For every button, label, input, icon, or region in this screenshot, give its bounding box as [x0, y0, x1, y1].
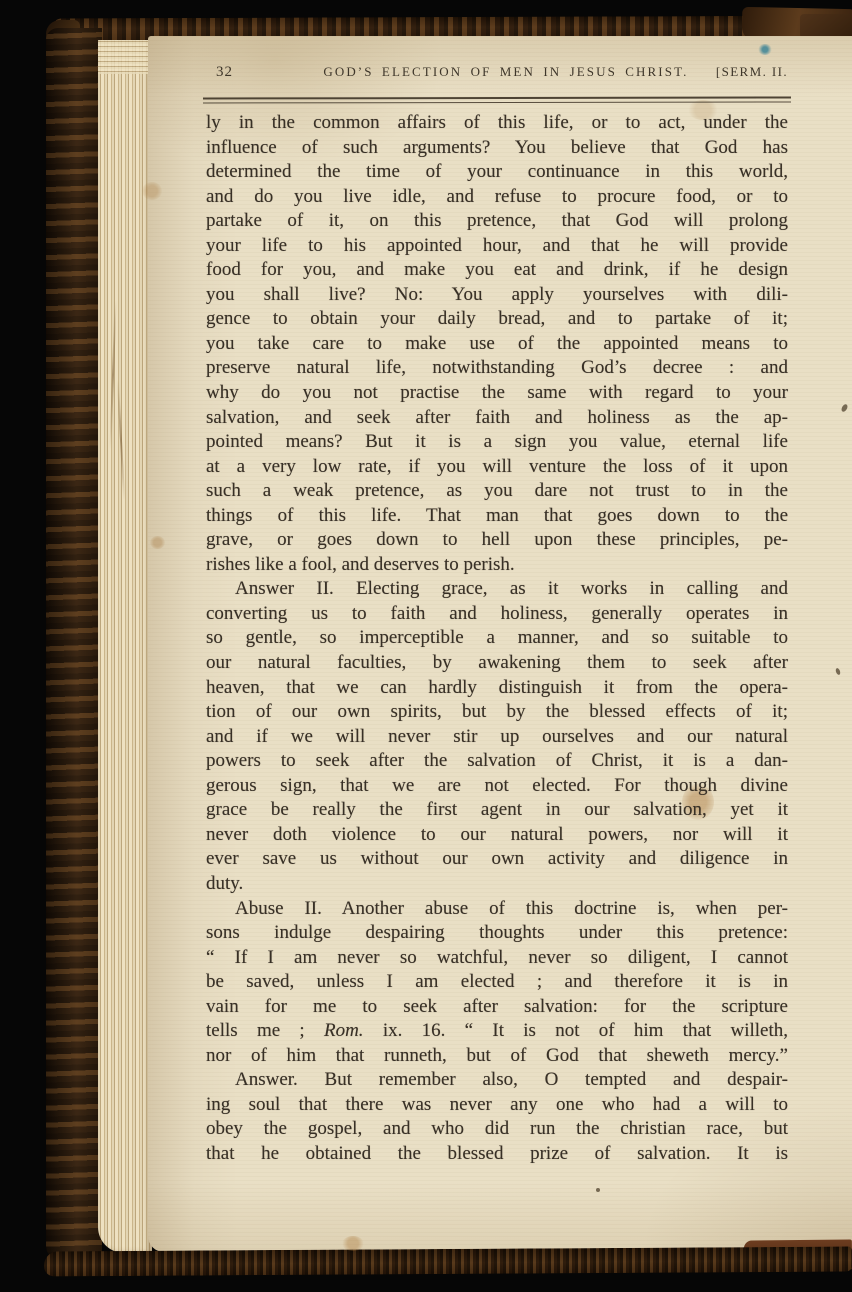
text-line: ing soul that there was never any one wh…: [206, 1093, 788, 1118]
header-rule: [203, 96, 791, 108]
text-line: never doth violence to our natural power…: [206, 823, 788, 848]
text-line: ever save us without our own activity an…: [206, 847, 788, 872]
text-line: food for you, and make you eat and drink…: [206, 258, 788, 283]
section-label: [SERM. II.: [716, 64, 788, 80]
text-line: you shall live? No: You apply yourselves…: [206, 283, 788, 308]
text-line: be saved, unless I am elected ; and ther…: [206, 970, 788, 995]
text-line: gence to obtain your daily bread, and to…: [206, 307, 788, 332]
text-line: influence of such arguments? You believe…: [206, 136, 788, 161]
text-line: and do you live idle, and refuse to proc…: [206, 185, 788, 210]
text-line: determined the time of your continuance …: [206, 160, 788, 185]
text-line: powers to seek after the salvation of Ch…: [206, 749, 788, 774]
page-fore-edge: [98, 40, 152, 1253]
text-line: our natural faculties, by awakening them…: [206, 651, 788, 676]
book-bottom-edge: [44, 1247, 852, 1277]
text-line: grave, or goes down to hell upon these p…: [206, 528, 788, 553]
text-line: your life to his appointed hour, and tha…: [206, 234, 788, 259]
book-cover-edge: [46, 28, 102, 1260]
text-line: Answer II. Electing grace, as it works i…: [206, 577, 788, 602]
text-line: vain for me to seek after salvation: for…: [206, 995, 788, 1020]
text-line: “ If I am never so watchful, never so di…: [206, 946, 788, 971]
page-header: 32 GOD’S ELECTION OF MEN IN JESUS CHRIST…: [206, 64, 790, 88]
text-line: Answer. But remember also, O tempted and…: [206, 1068, 788, 1093]
speck: [596, 1188, 600, 1192]
text-line: why do you not practise the same with re…: [206, 381, 788, 406]
text-line: gerous sign, that we are not elected. Fo…: [206, 774, 788, 799]
text-line: heaven, that we can hardly distinguish i…: [206, 676, 788, 701]
text-line: sons indulge despairing thoughts under t…: [206, 921, 788, 946]
text-line: obey the gospel, and who did run the chr…: [206, 1117, 788, 1142]
text-line: grace be really the first agent in our s…: [206, 798, 788, 823]
text-line: ly in the common affairs of this life, o…: [206, 111, 788, 136]
running-title: GOD’S ELECTION OF MEN IN JESUS CHRIST.: [296, 64, 716, 80]
page-number: 32: [216, 64, 296, 81]
book-photo: 32 GOD’S ELECTION OF MEN IN JESUS CHRIST…: [0, 0, 852, 1292]
text-line: converting us to faith and holiness, gen…: [206, 602, 788, 627]
text-line: Abuse II. Another abuse of this doctrine…: [206, 897, 788, 922]
text-line: you take care to make use of the appoint…: [206, 332, 788, 357]
text-line: so gentle, so imperceptible a manner, an…: [206, 626, 788, 651]
text-line: at a very low rate, if you will venture …: [206, 455, 788, 480]
text-line: tells me ; Rom. ix. 16. “ It is not of h…: [206, 1019, 788, 1044]
text-line: tion of our own spirits, but by the bles…: [206, 700, 788, 725]
text-line: things of this life. That man that goes …: [206, 504, 788, 529]
text-block: ly in the common affairs of this life, o…: [206, 111, 788, 1167]
text-line: that he obtained the blessed prize of sa…: [206, 1142, 788, 1167]
text-line: partake of it, on this pretence, that Go…: [206, 209, 788, 234]
text-line: nor of him that runneth, but of God that…: [206, 1044, 788, 1069]
text-line: preserve natural life, notwithstanding G…: [206, 356, 788, 381]
text-line: rishes like a fool, and deserves to peri…: [206, 553, 788, 578]
text-line: salvation, and seek after faith and holi…: [206, 406, 788, 431]
text-line: pointed means? But it is a sign you valu…: [206, 430, 788, 455]
text-line: duty.: [206, 872, 788, 897]
text-line: and if we will never stir up ourselves a…: [206, 725, 788, 750]
page-fore-edge-top: [98, 40, 152, 74]
text-line: such a weak pretence, as you dare not tr…: [206, 479, 788, 504]
